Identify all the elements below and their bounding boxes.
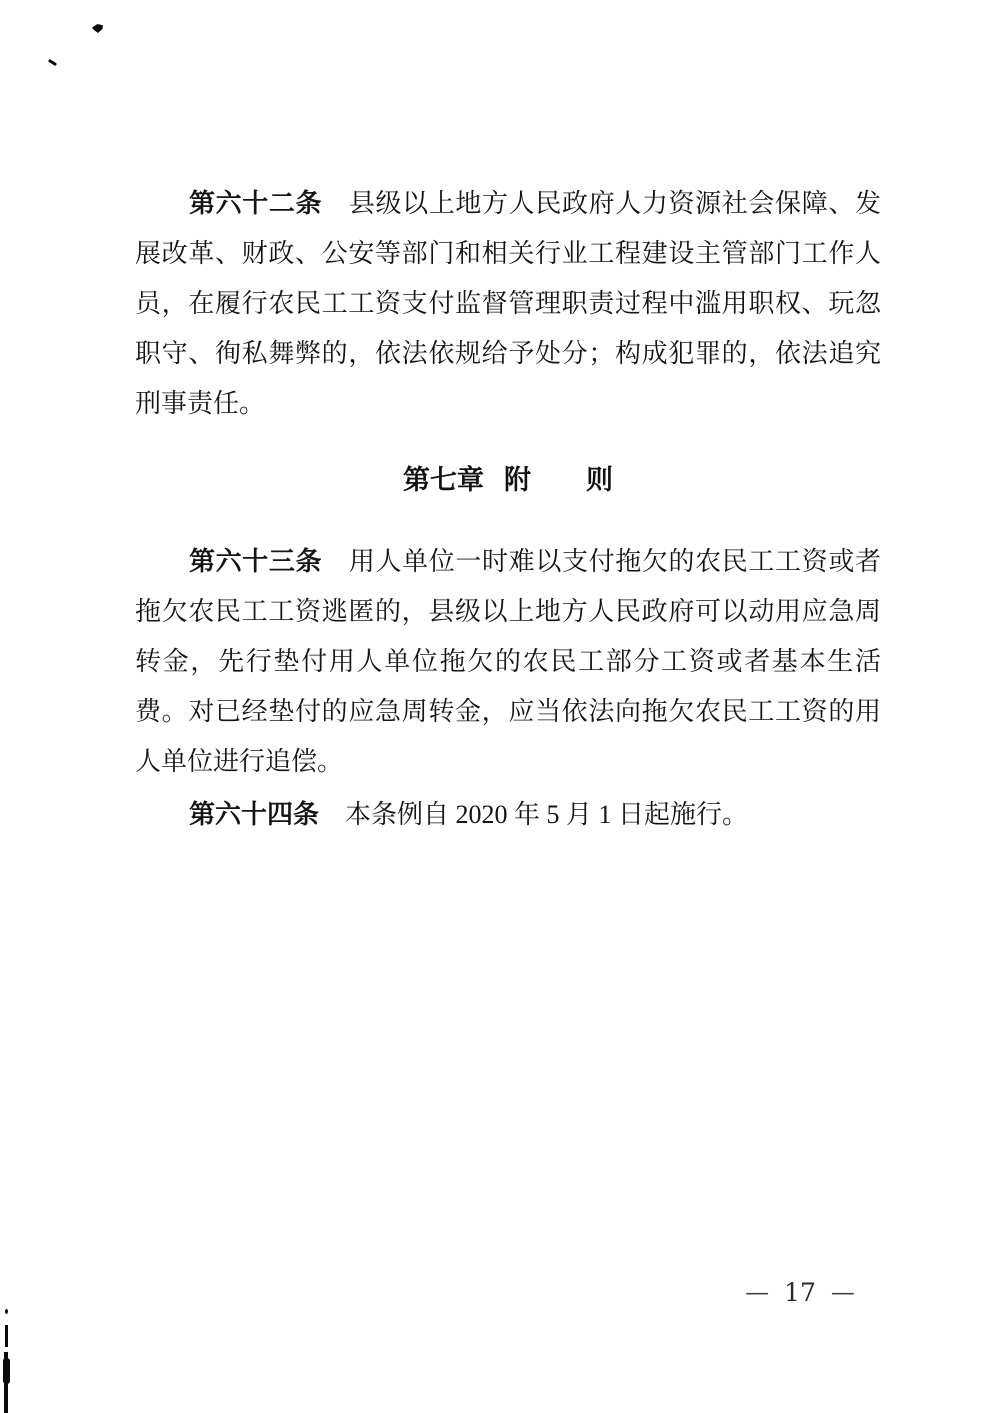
scan-streak-dot	[5, 1309, 8, 1314]
article-63-line-1-text: 用人单位一时难以支付拖欠的农民工工资或者	[348, 547, 881, 576]
ink-tick-icon	[48, 59, 57, 66]
chapter-number: 第七章	[403, 465, 484, 495]
article-62-line-4: 职守、徇私舞弊的，依法依规给予处分；构成犯罪的，依法追究	[135, 329, 881, 379]
article-64-line-1: 第六十四条本条例自 2020 年 5 月 1 日起施行。	[135, 790, 881, 840]
scan-streak-upper	[5, 1325, 8, 1347]
article-63-line-2: 拖欠农民工工资逃匿的，县级以上地方人民政府可以动用应急周	[135, 587, 881, 637]
article-63-line-1: 第六十三条用人单位一时难以支付拖欠的农民工工资或者	[135, 537, 881, 587]
article-64-text: 本条例自 2020 年 5 月 1 日起施行。	[345, 800, 748, 829]
article-62: 第六十二条县级以上地方人民政府人力资源社会保障、发 展改革、财政、公安等部门和相…	[135, 179, 881, 429]
article-63-label: 第六十三条	[189, 547, 322, 576]
chapter-title-char-2: 则	[586, 465, 613, 495]
article-64: 第六十四条本条例自 2020 年 5 月 1 日起施行。	[135, 790, 881, 840]
page-number-left-dash: —	[745, 1278, 769, 1306]
article-62-line-2: 展改革、财政、公安等部门和相关行业工程建设主管部门工作人	[135, 229, 881, 279]
article-63-line-3: 转金，先行垫付用人单位拖欠的农民工部分工资或者基本生活	[135, 637, 881, 687]
chapter-title-char-1: 附	[504, 465, 531, 495]
article-62-line-1-text: 县级以上地方人民政府人力资源社会保障、发	[348, 189, 881, 218]
article-62-line-1: 第六十二条县级以上地方人民政府人力资源社会保障、发	[135, 179, 881, 229]
ink-speck-icon	[92, 24, 103, 33]
page-number-value: 17	[784, 1278, 816, 1307]
article-62-label: 第六十二条	[189, 189, 322, 218]
article-63-line-4: 费。对已经垫付的应急周转金，应当依法向拖欠农民工工资的用	[135, 687, 881, 737]
scanned-document-page: 第六十二条县级以上地方人民政府人力资源社会保障、发 展改革、财政、公安等部门和相…	[0, 0, 1000, 1413]
article-63: 第六十三条用人单位一时难以支付拖欠的农民工工资或者 拖欠农民工工资逃匿的，县级以…	[135, 537, 881, 787]
article-62-line-5: 刑事责任。	[135, 379, 881, 429]
article-62-line-3: 员，在履行农民工工资支付监督管理职责过程中滥用职权、玩忽	[135, 279, 881, 329]
page-number: — 17 —	[730, 1272, 870, 1312]
scan-streak-blob	[3, 1358, 10, 1384]
page-number-right-dash: —	[831, 1278, 855, 1306]
article-64-label: 第六十四条	[189, 800, 319, 829]
chapter-7-heading: 第七章附则	[135, 455, 881, 505]
article-63-line-5: 人单位进行追偿。	[135, 737, 881, 787]
